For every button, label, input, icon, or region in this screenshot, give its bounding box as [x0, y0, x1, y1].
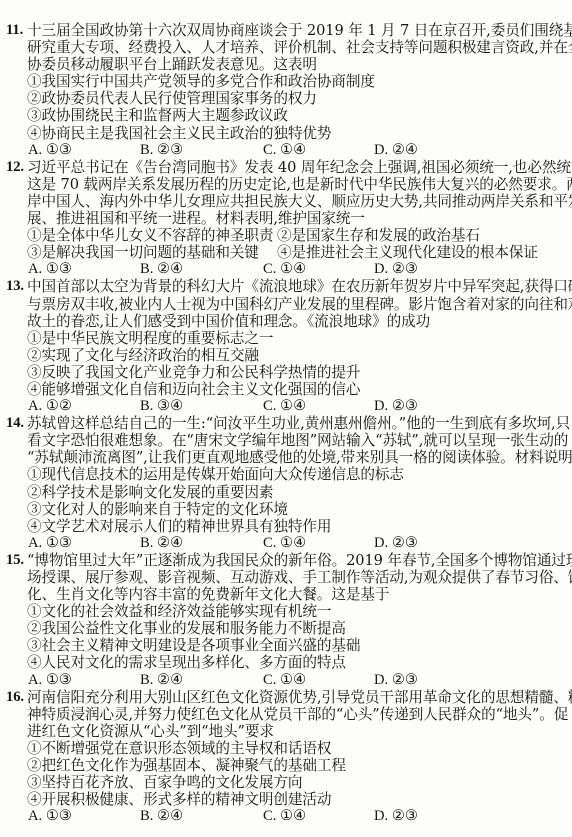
answer-choice-b[interactable]: B. ②④: [140, 808, 183, 825]
option-statement: ①是中华民族文明程度的重要标志之一: [0, 330, 572, 347]
answer-choice-d[interactable]: D. ②③: [374, 261, 418, 278]
question-stem-line: 11.十三届全国政协第十六次双周协商座谈会于 2019 年 1 月 7 日在京召…: [0, 22, 572, 39]
answer-choices: A. ①③ B. ②④ C. ①④ D. ②③: [0, 808, 572, 825]
option-statement: ②我国公益性文化事业的发展和服务能力不断提高: [0, 620, 572, 637]
answer-choice-b[interactable]: B. ②④: [140, 261, 183, 278]
answer-choice-a[interactable]: A. ①③: [28, 808, 72, 825]
option-row: ①是全体中华儿女义不容辞的神圣职责 ②是国家生存和发展的政治基石: [0, 227, 572, 244]
answer-choice-a[interactable]: A. ①③: [28, 535, 72, 552]
question-stem-line: 15.“博物馆里过大年”正逐渐成为我国民众的新年俗。2019 年春节,全国多个博…: [0, 552, 572, 569]
question-stem-line: “苏轼颠沛流离图”,让我们更直观地感受他的处境,带来别具一格的阅读体验。材料说明: [0, 449, 572, 466]
answer-choice-d[interactable]: D. ②④: [374, 142, 418, 159]
option-statement: ③坚持百花齐放、百家争鸣的文化发展方向: [0, 774, 572, 791]
answer-choice-c[interactable]: C. ①④: [263, 261, 306, 278]
question-11: 11.十三届全国政协第十六次双周协商座谈会于 2019 年 1 月 7 日在京召…: [0, 22, 572, 159]
answer-choice-a[interactable]: A. ①②: [28, 398, 72, 415]
answer-choice-d[interactable]: D. ②③: [374, 535, 418, 552]
answer-choices: A. ①② B. ③④ C. ①④ D. ②③: [0, 398, 572, 415]
answer-choice-d[interactable]: D. ②③: [374, 398, 418, 415]
question-stem-line: 化、生肖文化等内容丰富的免费新年文化大餐。这是基于: [0, 586, 572, 603]
question-number: 11.: [6, 22, 23, 39]
answer-choice-d[interactable]: D. ②③: [374, 672, 418, 689]
question-number: 14.: [6, 415, 24, 432]
question-stem-line: 进红色文化资源从“心头”到“地头”要求: [0, 723, 572, 740]
option-statement: ③是解决我国一切问题的基础和关键: [27, 244, 277, 261]
option-statement: ①文化的社会效益和经济效益能够实现有机统一: [0, 603, 572, 620]
answer-choice-a[interactable]: A. ①③: [28, 672, 72, 689]
question-stem-line: 研究重大专项、经费投入、人才培养、评价机制、社会支持等问题积极建言资政,并在全国…: [0, 39, 572, 56]
question-stem-line: 场授课、展厅参观、影音视频、互动游戏、手工制作等活动,为观众提供了春节习俗、饮食…: [0, 569, 572, 586]
option-statement: ①现代信息技术的运用是传媒开始面向大众传递信息的标志: [0, 466, 572, 483]
question-15: 15.“博物馆里过大年”正逐渐成为我国民众的新年俗。2019 年春节,全国多个博…: [0, 552, 572, 689]
question-stem-line: 12.习近平总书记在《告台湾同胞书》发表 40 周年纪念会上强调,祖国必须统一,…: [0, 159, 572, 176]
option-statement: ②科学技术是影响文化发展的重要因素: [0, 484, 572, 501]
answer-choice-b[interactable]: B. ②④: [140, 535, 183, 552]
question-number: 12.: [6, 159, 24, 176]
question-number: 13.: [6, 278, 24, 295]
question-stem-line: 展、推进祖国和平统一进程。材料表明,维护国家统一: [0, 210, 572, 227]
question-stem-line: 岸中国人、海内外中华儿女理应共担民族大义、顺应历史大势,共同推动两岸关系和平发: [0, 193, 572, 210]
option-statement: ④是推进社会主义现代化建设的根本保证: [277, 244, 538, 261]
answer-choice-b[interactable]: B. ②④: [140, 672, 183, 689]
option-statement: ③社会主义精神文明建设是各项事业全面兴盛的基础: [0, 637, 572, 654]
answer-choice-c[interactable]: C. ①④: [263, 808, 306, 825]
answer-choices: A. ①③ B. ②④ C. ①④ D. ②③: [0, 672, 572, 689]
question-stem-line: 看文字恐怕很难想象。在“唐宋文学编年地图”网站输入“苏轼”,就可以呈现一张生动的: [0, 432, 572, 449]
option-statement: ④文学艺术对展示人们的精神世界具有独特作用: [0, 518, 572, 535]
answer-choice-b[interactable]: B. ②③: [140, 142, 183, 159]
option-statement: ②政协委员代表人民行使管理国家事务的权力: [0, 90, 572, 107]
answer-choice-c[interactable]: C. ①④: [263, 535, 306, 552]
question-stem-line: 故土的眷恋,让人们感受到中国价值和理念。《流浪地球》的成功: [0, 313, 572, 330]
answer-choices: A. ①③ B. ②④ C. ①④ D. ②③: [0, 261, 572, 278]
option-statement: ③政协围绕民主和监督两大主题参政议政: [0, 107, 572, 124]
question-14: 14.苏轼曾这样总结自己的一生:“问汝平生功业,黄州惠州儋州。”他的一生到底有多…: [0, 415, 572, 552]
exam-page: 11.十三届全国政协第十六次双周协商座谈会于 2019 年 1 月 7 日在京召…: [0, 0, 572, 825]
question-13: 13.中国首部以太空为背景的科幻大片《流浪地球》在农历新年贺岁片中异军突起,获得…: [0, 278, 572, 415]
option-statement: ②把红色文化作为强基固本、凝神聚气的基础工程: [0, 757, 572, 774]
question-stem-line: 神特质浸润心灵,并努力使红色文化从党员干部的“心头”传递到人民群众的“地头”。促: [0, 706, 572, 723]
question-stem-line: 协委员移动履职平台上踊跃发表意见。这表明: [0, 56, 572, 73]
option-statement: ①是全体中华儿女义不容辞的神圣职责: [27, 227, 277, 244]
option-statement: ③反映了我国文化产业竞争力和公民科学热情的提升: [0, 364, 572, 381]
option-statement: ④能够增强文化自信和迈向社会主义文化强国的信心: [0, 381, 572, 398]
answer-choices: A. ①③ B. ②③ C. ①④ D. ②④: [0, 142, 572, 159]
option-statement: ②实现了文化与经济政治的相互交融: [0, 347, 572, 364]
question-number: 15.: [6, 552, 24, 569]
answer-choice-b[interactable]: B. ③④: [140, 398, 183, 415]
question-stem-line: 与票房双丰收,被业内人士视为中国科幻产业发展的里程碑。影片饱含着对家的向往和对: [0, 296, 572, 313]
answer-choice-a[interactable]: A. ①③: [28, 142, 72, 159]
answer-choice-c[interactable]: C. ①④: [263, 398, 306, 415]
question-16: 16.河南信阳充分利用大别山区红色文化资源优势,引导党员干部用革命文化的思想精髓…: [0, 689, 572, 826]
option-statement: ①不断增强党在意识形态领域的主导权和话语权: [0, 740, 572, 757]
option-statement: ③文化对人的影响来自于特定的文化环境: [0, 501, 572, 518]
question-stem-line: 13.中国首部以太空为背景的科幻大片《流浪地球》在农历新年贺岁片中异军突起,获得…: [0, 278, 572, 295]
answer-choice-c[interactable]: C. ①④: [263, 672, 306, 689]
question-stem-line: 16.河南信阳充分利用大别山区红色文化资源优势,引导党员干部用革命文化的思想精髓…: [0, 689, 572, 706]
answer-choices: A. ①③ B. ②④ C. ①④ D. ②③: [0, 535, 572, 552]
question-number: 16.: [6, 689, 24, 706]
answer-choice-a[interactable]: A. ①③: [28, 261, 72, 278]
option-statement: ②是国家生存和发展的政治基石: [277, 227, 480, 244]
option-statement: ④开展积极健康、形式多样的精神文明创建活动: [0, 791, 572, 808]
option-row: ③是解决我国一切问题的基础和关键 ④是推进社会主义现代化建设的根本保证: [0, 244, 572, 261]
question-12: 12.习近平总书记在《告台湾同胞书》发表 40 周年纪念会上强调,祖国必须统一,…: [0, 159, 572, 279]
option-statement: ④协商民主是我国社会主义民主政治的独特优势: [0, 125, 572, 142]
option-statement: ④人民对文化的需求呈现出多样化、多方面的特点: [0, 654, 572, 671]
answer-choice-c[interactable]: C. ①④: [263, 142, 306, 159]
question-stem-line: 14.苏轼曾这样总结自己的一生:“问汝平生功业,黄州惠州儋州。”他的一生到底有多…: [0, 415, 572, 432]
answer-choice-d[interactable]: D. ②③: [374, 808, 418, 825]
question-stem-line: 这是 70 载两岸关系发展历程的历史定论,也是新时代中华民族伟大复兴的必然要求。…: [0, 176, 572, 193]
option-statement: ①我国实行中国共产党领导的多党合作和政治协商制度: [0, 73, 572, 90]
